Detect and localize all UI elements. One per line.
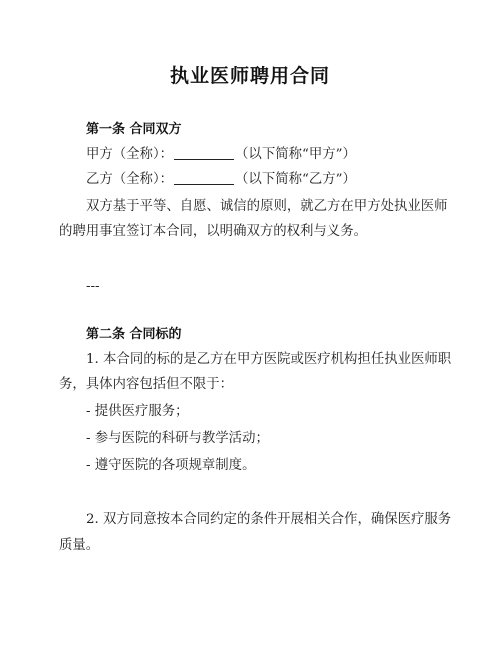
section-2-heading: 第二条 合同标的 (86, 326, 182, 344)
intro-paragraph-line-1: 双方基于平等、自愿、诚信的原则，就乙方在甲方处执业医师 (86, 198, 448, 216)
party-a-line: 甲方（全称）：（以下简称“甲方”） (86, 146, 356, 164)
document-page: 执业医师聘用合同 第一条 合同双方 甲方（全称）：（以下简称“甲方”） 乙方（全… (0, 0, 500, 647)
party-b-name-blank[interactable] (174, 171, 234, 185)
document-title: 执业医师聘用合同 (0, 61, 500, 88)
item-1-line-1: 1. 本合同的标的是乙方在甲方医院或医疗机构担任执业医师职 (86, 351, 451, 369)
bullet-item: - 遵守医院的各项规章制度。 (86, 457, 255, 475)
section-separator: --- (86, 278, 100, 296)
bullet-item: - 参与医院的科研与教学活动； (86, 430, 269, 448)
party-b-line: 乙方（全称）：（以下简称“乙方”） (86, 171, 356, 189)
intro-paragraph-line-2: 的聘用事宜签订本合同，以明确双方的权利与义务。 (59, 223, 367, 241)
party-b-suffix: （以下简称“乙方”） (235, 172, 356, 187)
party-a-name-blank[interactable] (174, 146, 234, 160)
party-b-label: 乙方（全称）： (86, 172, 173, 187)
item-2-line-1: 2. 双方同意按本合同约定的条件开展相关合作，确保医疗服务 (86, 511, 451, 529)
party-a-label: 甲方（全称）： (86, 147, 173, 162)
section-1-heading: 第一条 合同双方 (86, 121, 182, 139)
bullet-item: - 提供医疗服务； (86, 403, 189, 421)
item-1-line-2: 务，具体内容包括但不限于： (59, 376, 233, 394)
item-2-line-2: 质量。 (59, 537, 99, 555)
party-a-suffix: （以下简称“甲方”） (235, 147, 356, 162)
